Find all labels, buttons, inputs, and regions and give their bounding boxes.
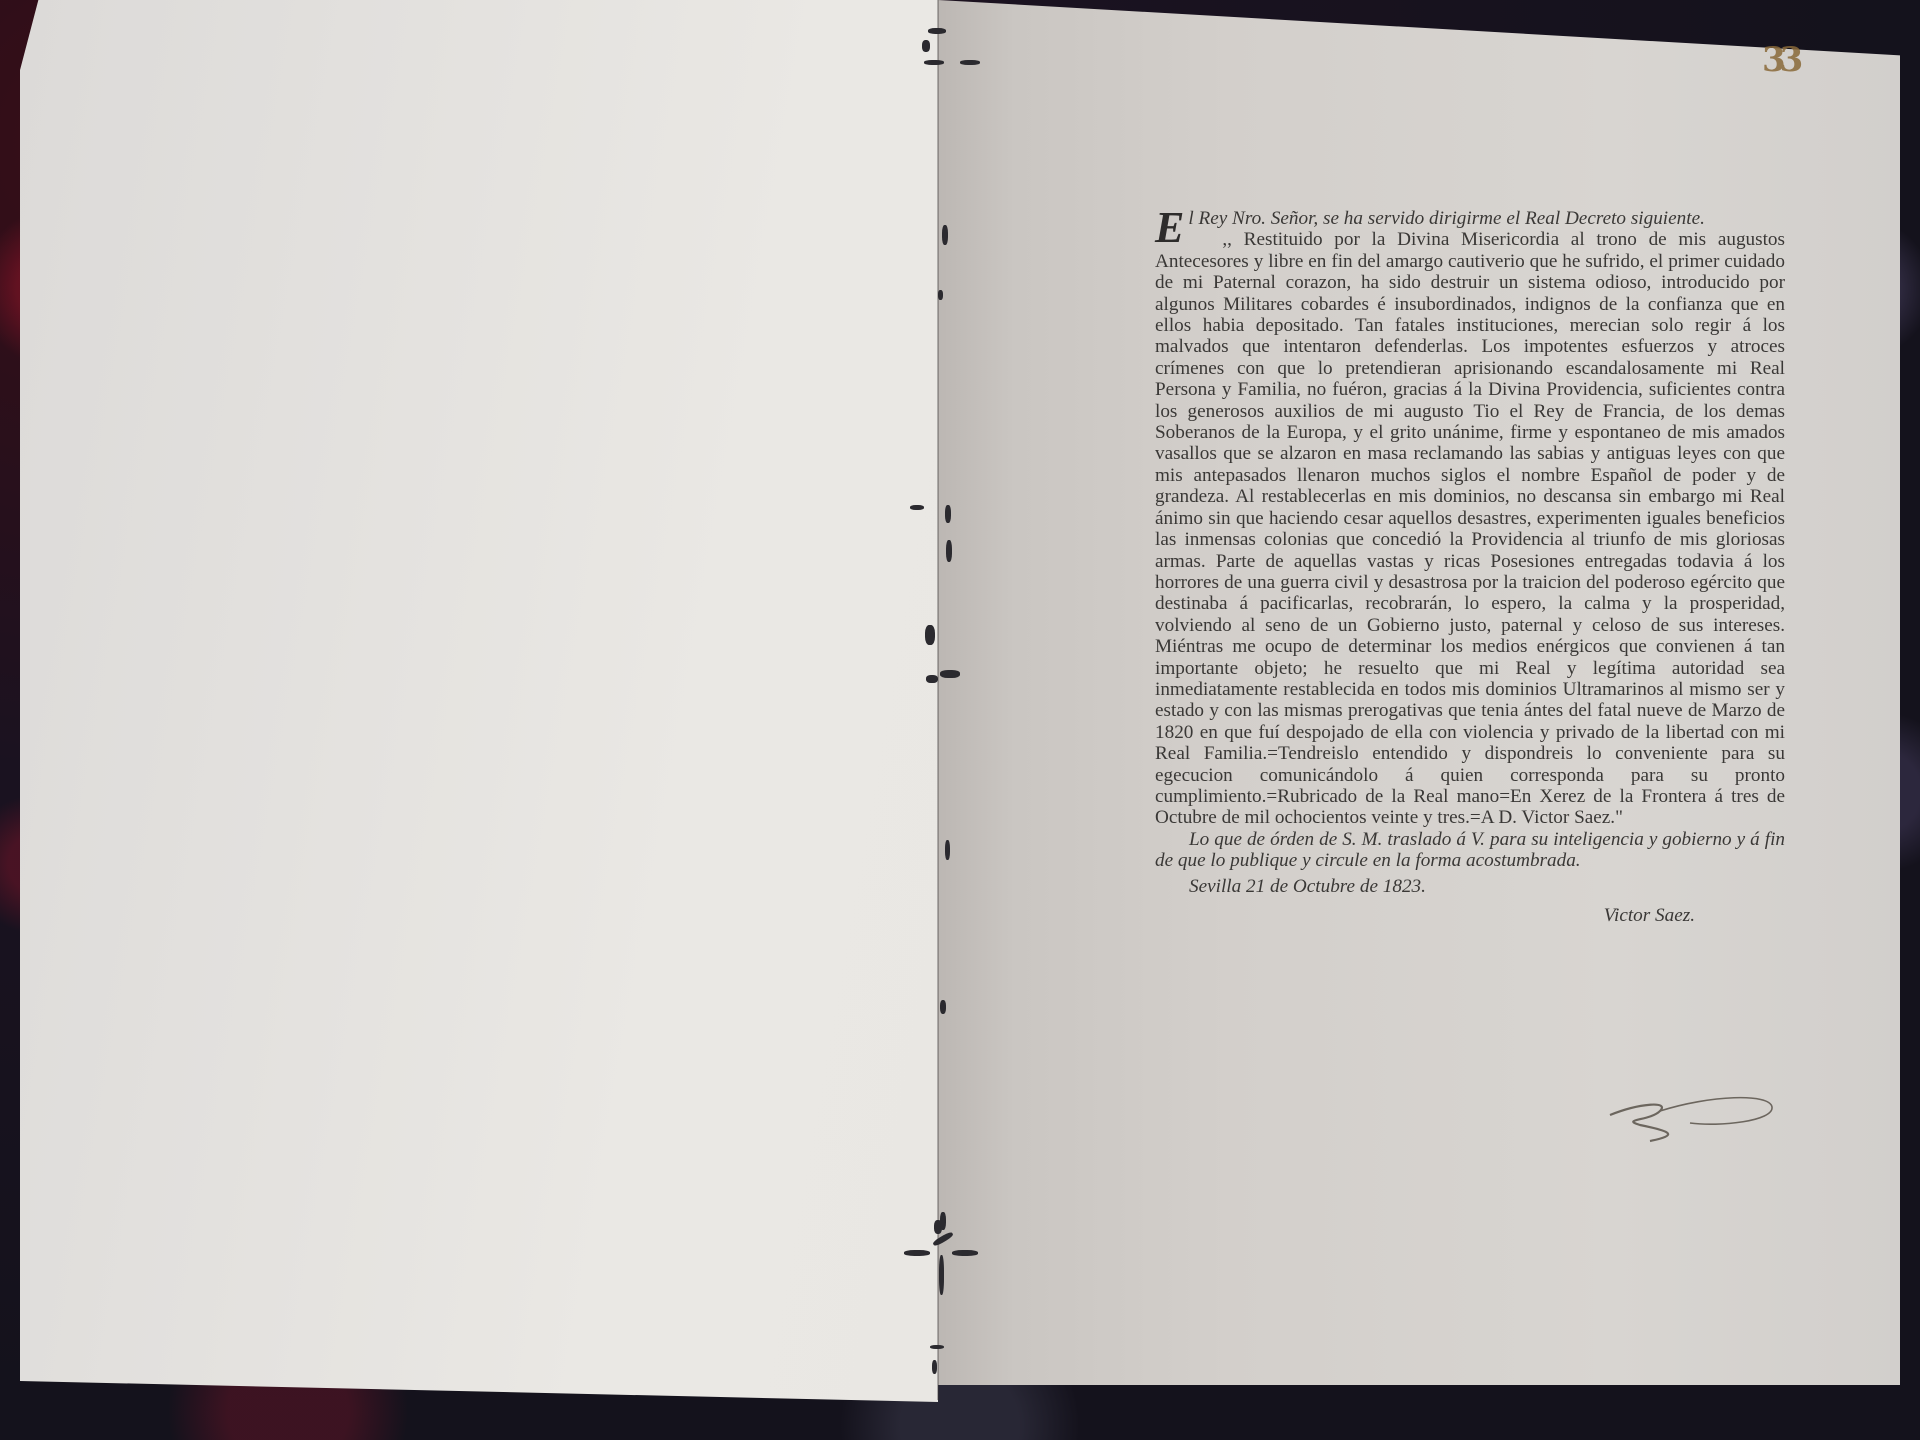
hole-mark: [940, 1212, 946, 1230]
hole-mark: [946, 540, 952, 562]
hole-mark: [945, 505, 951, 523]
folio-number: 33: [1762, 40, 1797, 80]
hole-mark: [928, 28, 946, 34]
signatory-name: Victor Saez.: [1155, 905, 1785, 926]
drop-cap: E: [1155, 210, 1184, 246]
hole-mark: [910, 505, 924, 510]
closing-paragraph: Lo que de órden de S. M. traslado á V. p…: [1155, 829, 1785, 872]
decree-text-block: El Rey Nro. Señor, se ha servido dirigir…: [1155, 208, 1785, 926]
hole-mark: [926, 675, 938, 683]
hole-mark: [932, 1360, 937, 1374]
hole-mark: [930, 1345, 944, 1349]
hole-mark: [938, 290, 943, 300]
hole-mark: [942, 225, 948, 245]
hole-mark: [940, 1000, 946, 1014]
hole-mark: [940, 670, 960, 678]
hole-mark: [960, 60, 980, 65]
handwritten-rubric-icon: [1600, 1085, 1780, 1145]
intro-paragraph: El Rey Nro. Señor, se ha servido dirigir…: [1155, 208, 1785, 229]
hole-mark: [922, 40, 930, 52]
hole-mark: [952, 1250, 978, 1256]
place-and-date: Sevilla 21 de Octubre de 1823.: [1155, 876, 1785, 897]
hole-mark: [945, 840, 950, 860]
hole-mark: [925, 625, 935, 645]
center-fold: [937, 0, 939, 1400]
hole-mark: [924, 60, 944, 65]
royal-decree-paragraph: ,, Restituido por la Divina Misericordia…: [1155, 229, 1785, 828]
intro-text: l Rey Nro. Señor, se ha servido dirigirm…: [1188, 208, 1705, 229]
blank-left-page: [20, 0, 938, 1402]
hole-mark: [904, 1250, 930, 1256]
hole-mark: [939, 1255, 944, 1295]
